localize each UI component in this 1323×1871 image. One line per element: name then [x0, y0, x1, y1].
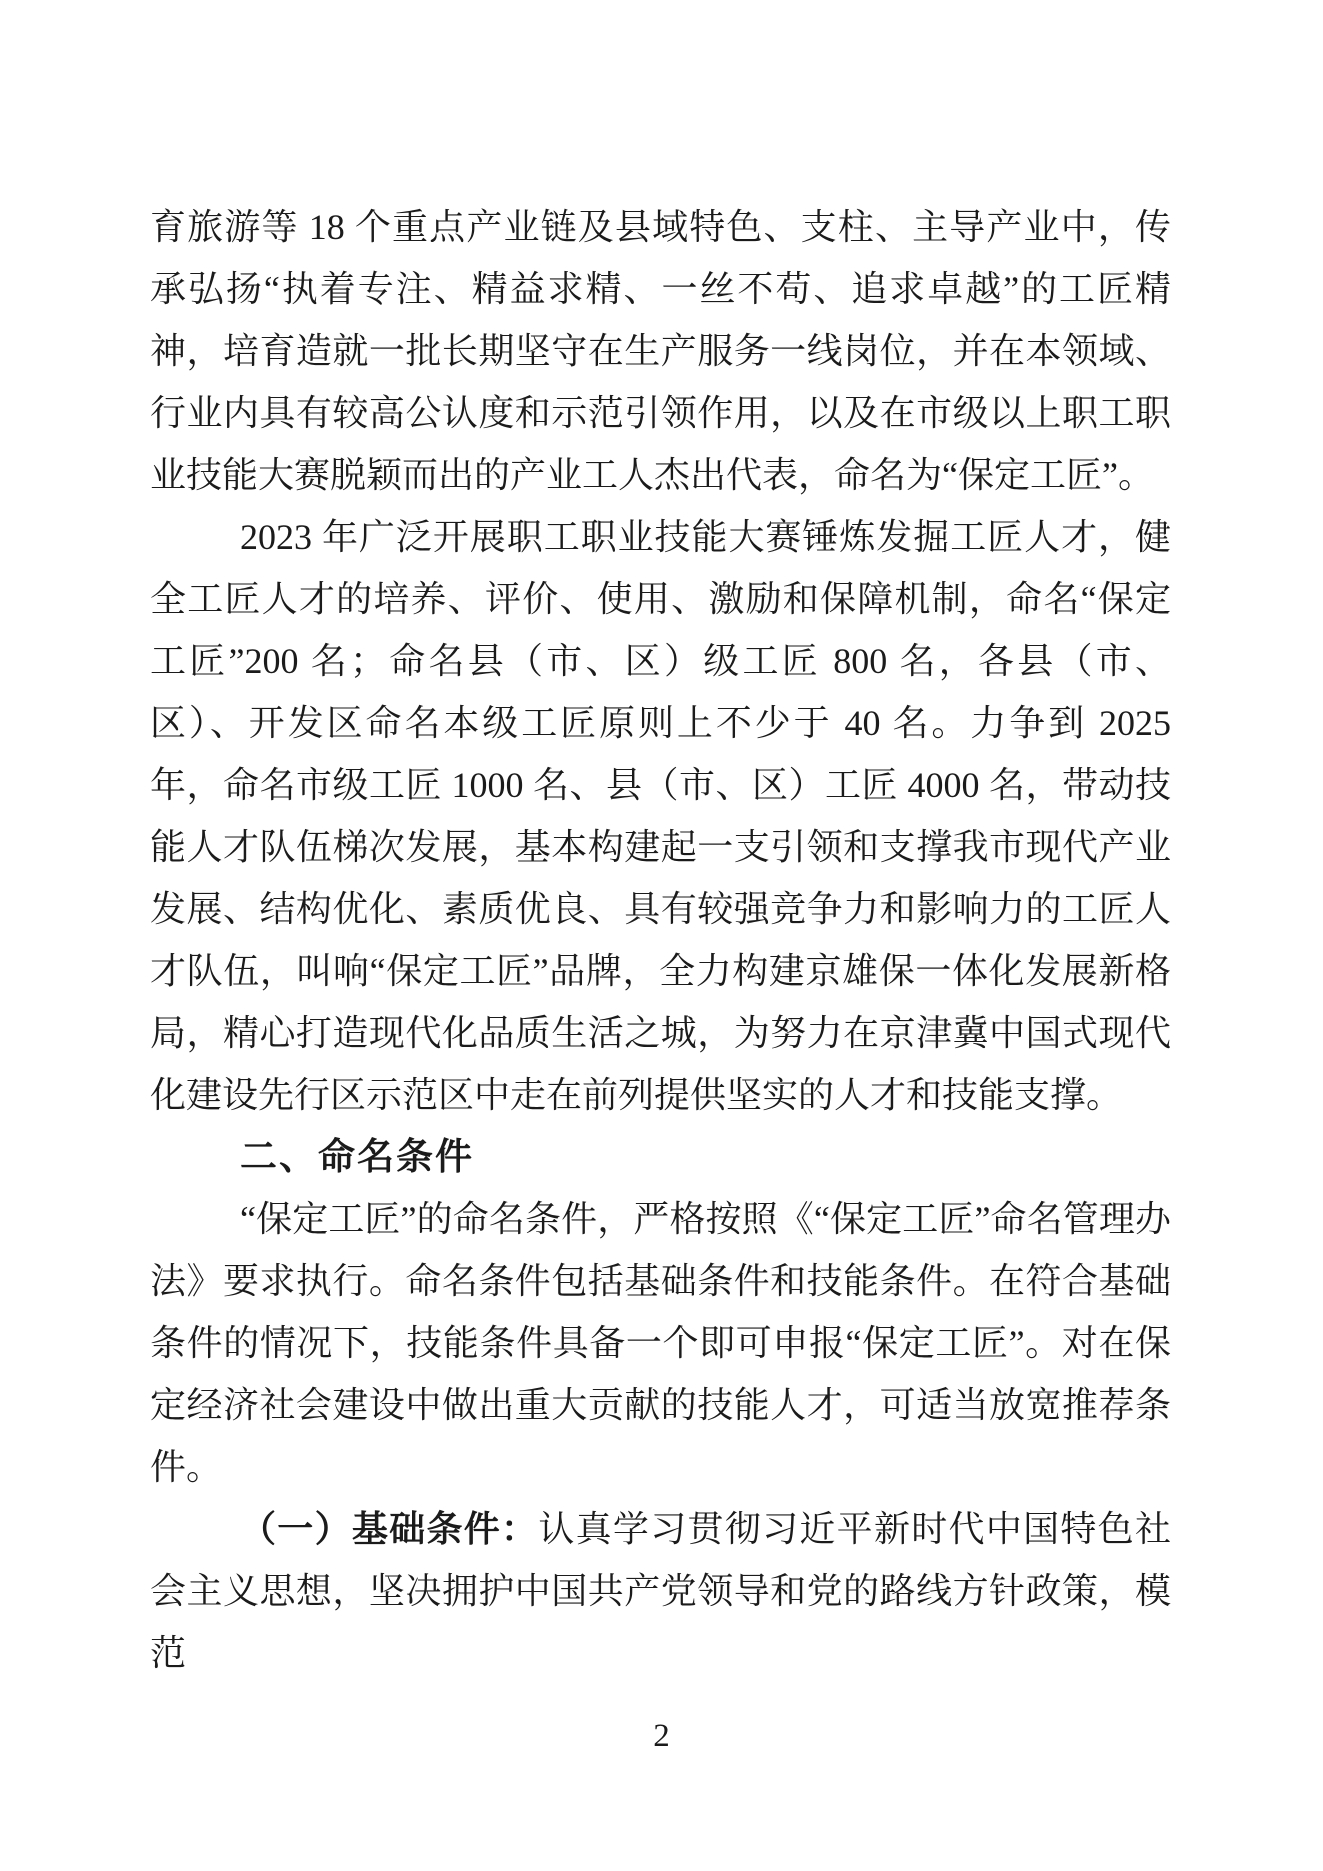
paragraph-naming-conditions-rules: “保定工匠”的命名条件，严格按照《“保定工匠”命名管理办法》要求执行。命名条件包…	[150, 1188, 1171, 1498]
document-body: 育旅游等 18 个重点产业链及县域特色、支柱、主导产业中，传承弘扬“执着专注、精…	[150, 196, 1171, 1684]
basic-conditions-label: （一）基础条件：	[240, 1508, 538, 1549]
document-page: 育旅游等 18 个重点产业链及县域特色、支柱、主导产业中，传承弘扬“执着专注、精…	[0, 0, 1323, 1871]
paragraph-industry-chains-continuation: 育旅游等 18 个重点产业链及县域特色、支柱、主导产业中，传承弘扬“执着专注、精…	[150, 196, 1171, 506]
page-number: 2	[0, 1716, 1323, 1756]
section-heading-naming-conditions: 二、命名条件	[150, 1126, 1171, 1188]
paragraph-2023-skill-competition: 2023 年广泛开展职工职业技能大赛锤炼发掘工匠人才，健全工匠人才的培养、评价、…	[150, 506, 1171, 1126]
paragraph-basic-conditions: （一）基础条件：认真学习贯彻习近平新时代中国特色社会主义思想，坚决拥护中国共产党…	[150, 1498, 1171, 1684]
